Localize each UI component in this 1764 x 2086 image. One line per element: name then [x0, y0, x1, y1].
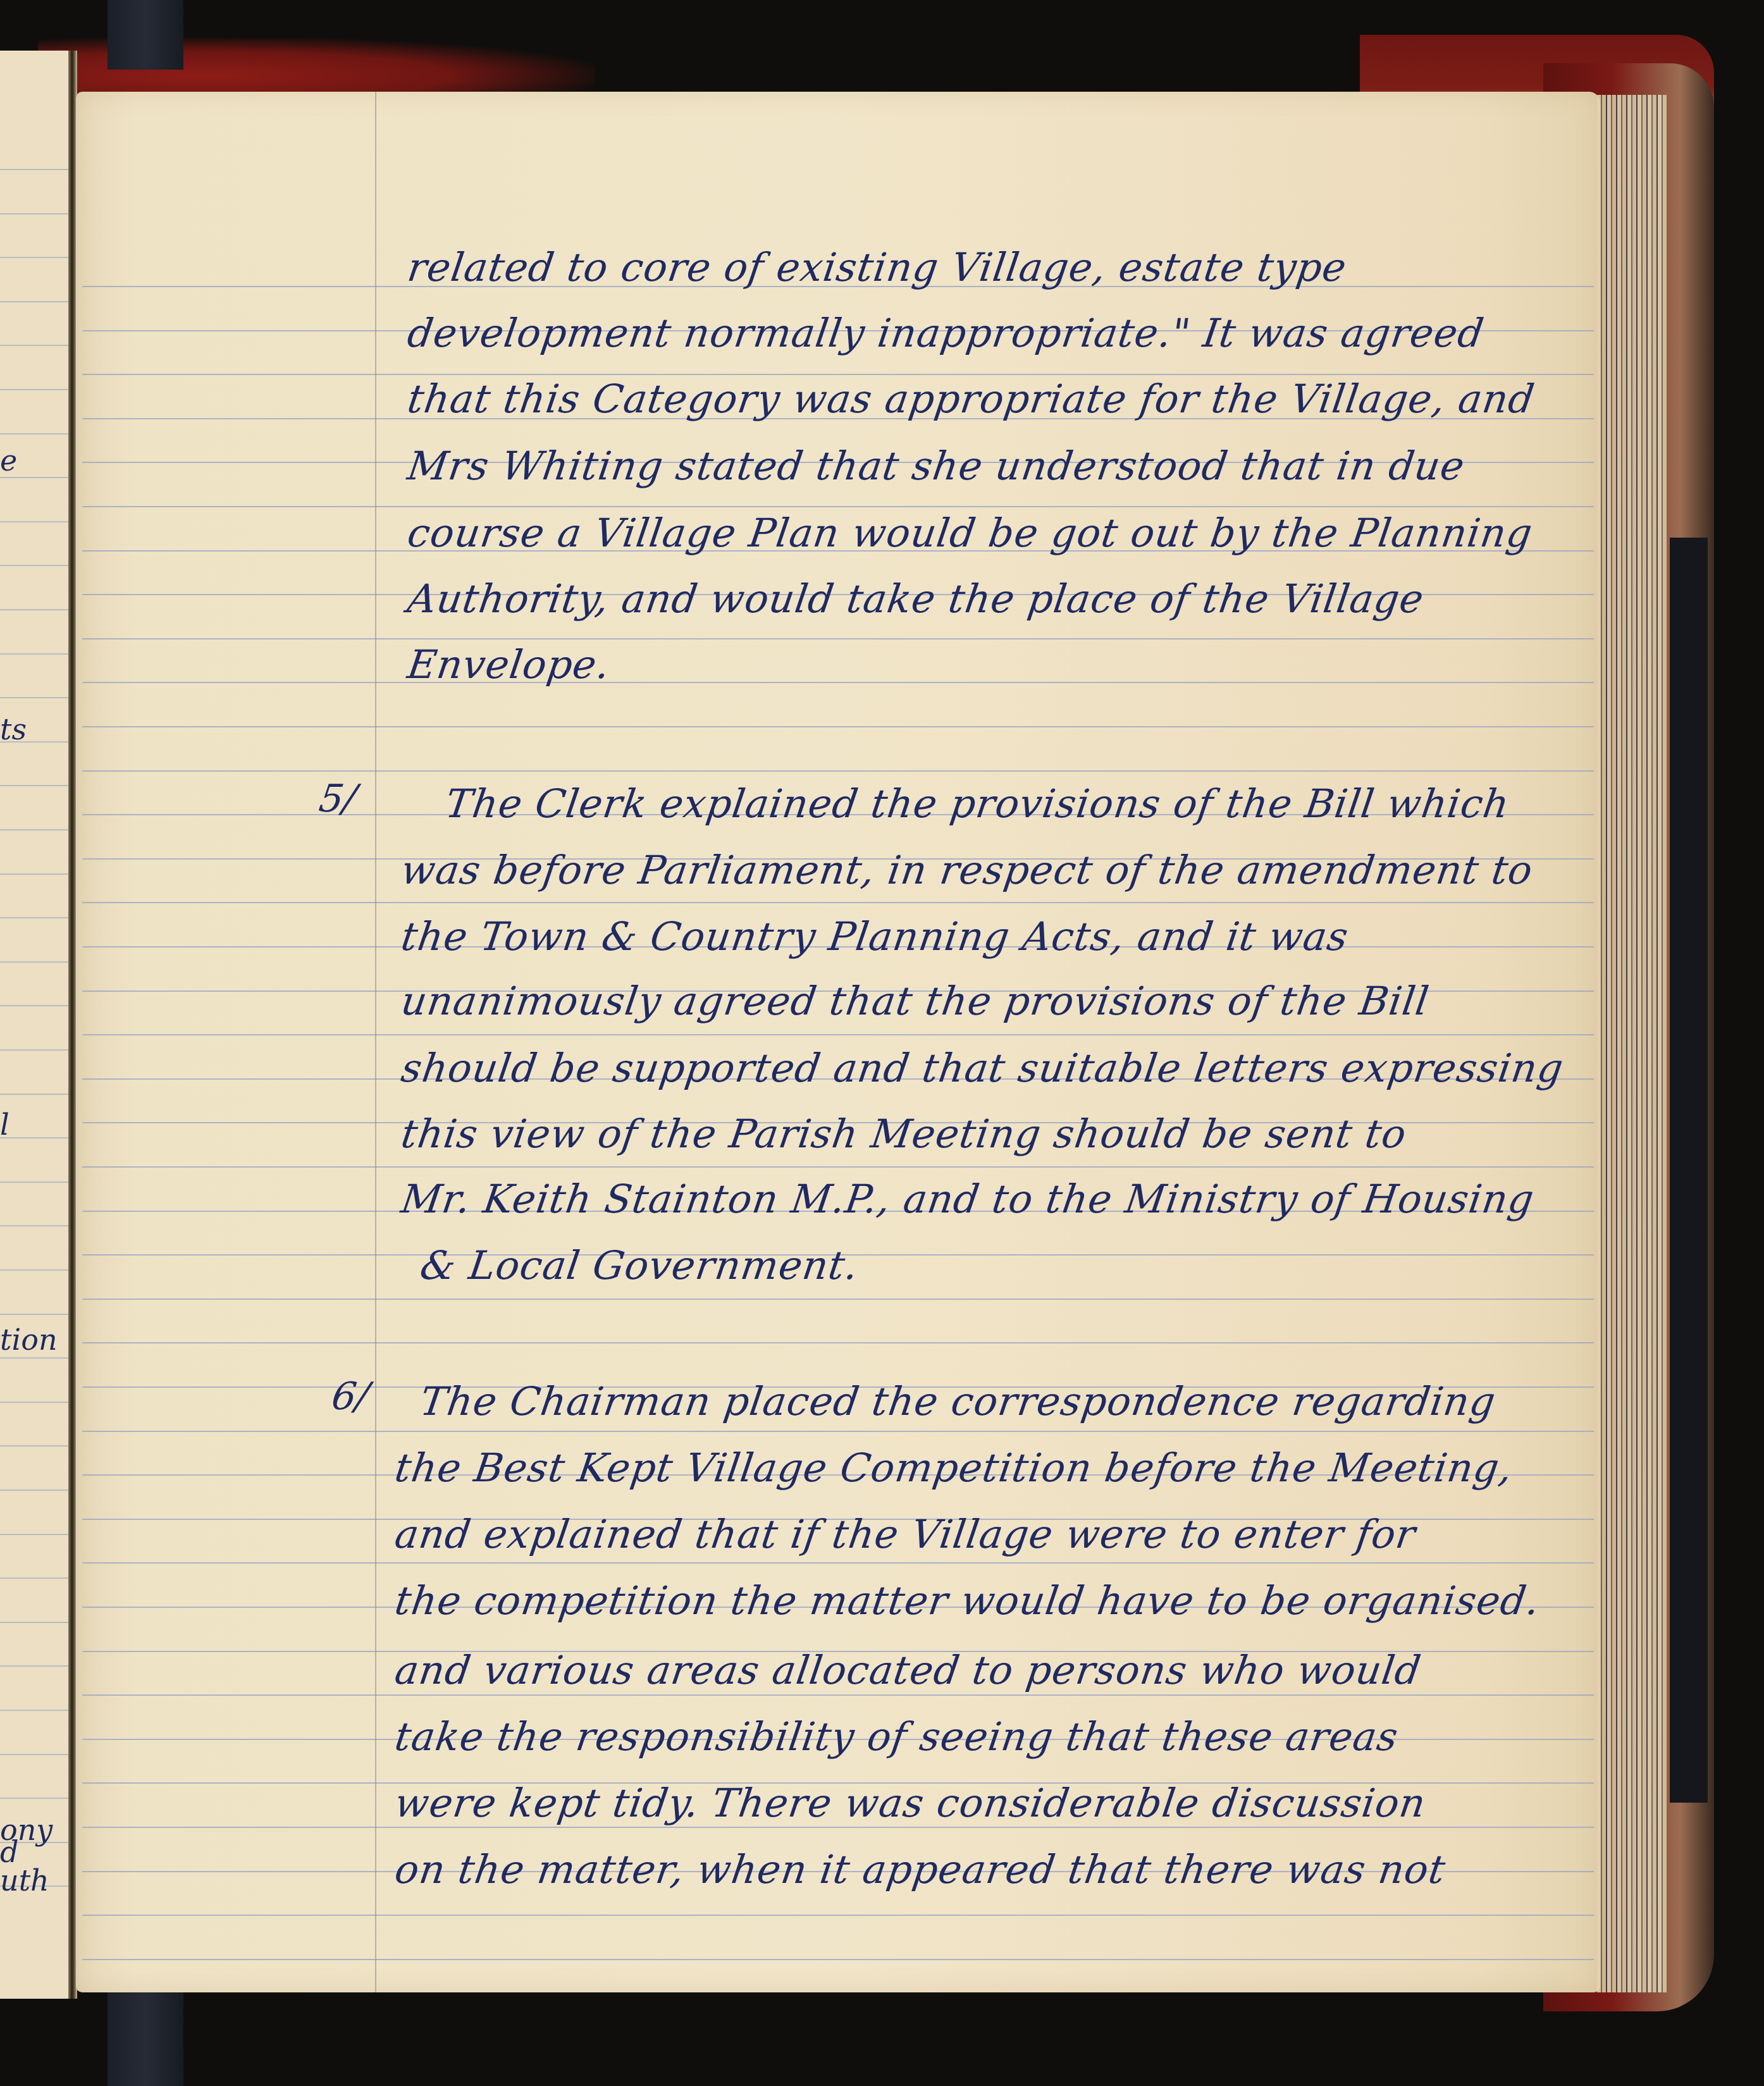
handwritten-line: the competition the matter would have to…: [392, 1577, 1543, 1624]
handwritten-line: The Clerk explained the provisions of th…: [443, 781, 1512, 827]
left-page-text-fragment: l: [0, 1110, 9, 1139]
ruled-line: [0, 1754, 70, 1755]
ruled-line: [0, 213, 70, 214]
ruled-line: [82, 1299, 1594, 1300]
ruled-line: [0, 345, 70, 346]
item-number: 5/: [316, 777, 359, 821]
bookmark-ribbon-bottom: [108, 1992, 183, 2086]
ruled-line: [0, 961, 70, 963]
handwritten-line: this view of the Parish Meeting should b…: [398, 1111, 1409, 1157]
ruled-line: [0, 1665, 70, 1667]
ruled-line: [0, 609, 70, 610]
handwritten-line: development normally inappropriate." It …: [405, 310, 1487, 356]
left-page: [0, 51, 70, 1999]
ruled-line: [82, 506, 1594, 507]
ruled-line: [0, 829, 70, 830]
handwritten-line: the Best Kept Village Competition before…: [392, 1445, 1515, 1491]
handwritten-line: that this Category was appropriate for t…: [405, 376, 1538, 422]
handwritten-line: Authority, and would take the place of t…: [405, 576, 1427, 622]
handwritten-line: was before Parliament, in respect of the…: [398, 847, 1536, 893]
ruled-line: [0, 917, 70, 918]
handwritten-line: should be supported and that suitable le…: [398, 1045, 1567, 1091]
handwritten-line: & Local Government.: [417, 1242, 861, 1288]
ruled-line: [0, 1137, 70, 1139]
ruled-line: [82, 638, 1594, 639]
handwritten-line: Mr. Keith Stainton M.P., and to the Mini…: [398, 1176, 1537, 1222]
ruled-line: [0, 653, 70, 655]
ruled-line: [0, 1314, 70, 1315]
bookmark-ribbon-top: [108, 0, 183, 70]
handwritten-line: take the responsibility of seeing that t…: [392, 1713, 1402, 1760]
left-page-text-fragment: d: [0, 1837, 18, 1867]
ruled-line: [0, 169, 70, 170]
ruled-line: [0, 1402, 70, 1403]
ruled-line: [0, 785, 70, 786]
ruled-line: [82, 1827, 1594, 1828]
ruled-line: [82, 770, 1594, 772]
ruled-line: [82, 726, 1594, 727]
ruled-line: [0, 1049, 70, 1051]
ruled-line: [0, 697, 70, 698]
ruled-line: [82, 1562, 1594, 1564]
ruled-line: [82, 1431, 1594, 1432]
page-block-edges: [1597, 95, 1667, 1992]
ruled-line: [82, 1342, 1594, 1343]
ruled-line: [0, 1225, 70, 1226]
ruled-line: [0, 1798, 70, 1799]
handwritten-line: unanimously agreed that the provisions o…: [398, 978, 1432, 1024]
ruled-line: [0, 1182, 70, 1183]
ruled-line: [0, 1269, 70, 1271]
cover-black-spine-right: [1670, 538, 1708, 1803]
ruled-line: [0, 1005, 70, 1006]
ruled-line: [82, 1959, 1594, 1960]
ruled-line: [0, 389, 70, 390]
ruled-line: [0, 301, 70, 302]
ruled-line: [0, 1357, 70, 1359]
handwritten-line: Mrs Whiting stated that she understood t…: [405, 443, 1468, 489]
ruled-line: [0, 1710, 70, 1711]
ruled-line: [82, 374, 1594, 375]
handwritten-line: Envelope.: [405, 641, 613, 688]
handwritten-line: The Chairman placed the correspondence r…: [417, 1378, 1499, 1424]
ruled-line: [0, 1490, 70, 1491]
ruled-line: [0, 1534, 70, 1535]
ruled-line: [0, 1445, 70, 1447]
handwritten-line: and explained that if the Village were t…: [392, 1511, 1419, 1557]
item-number: 6/: [329, 1374, 372, 1419]
ruled-line: [82, 1694, 1594, 1696]
handwritten-line: and various areas allocated to persons w…: [392, 1647, 1424, 1693]
margin-line: [375, 92, 376, 1992]
ruled-line: [0, 873, 70, 875]
left-page-text-fragment: ts: [0, 715, 27, 744]
handwritten-line: on the matter, when it appeared that the…: [392, 1846, 1448, 1892]
ruled-line: [82, 682, 1594, 683]
ruled-line: [0, 257, 70, 258]
ruled-line: [0, 1577, 70, 1579]
ruled-line: [0, 1094, 70, 1095]
left-page-text-fragment: uth: [0, 1866, 49, 1895]
ruled-line: [82, 1166, 1594, 1168]
left-page-text-fragment: tion: [0, 1325, 58, 1354]
left-page-text-fragment: e: [0, 446, 17, 475]
handwritten-line: the Town & Country Planning Acts, and it…: [398, 913, 1352, 960]
ruled-line: [0, 565, 70, 566]
ruled-line: [0, 433, 70, 435]
ruled-line: [0, 521, 70, 522]
handwritten-line: were kept tidy. There was considerable d…: [392, 1780, 1429, 1826]
handwritten-line: course a Village Plan would be got out b…: [405, 510, 1536, 556]
ruled-line: [82, 902, 1594, 903]
ruled-line: [82, 1034, 1594, 1035]
handwritten-line: related to core of existing Village, est…: [405, 244, 1350, 290]
ruled-line: [0, 1622, 70, 1623]
ruled-line: [82, 1915, 1594, 1916]
